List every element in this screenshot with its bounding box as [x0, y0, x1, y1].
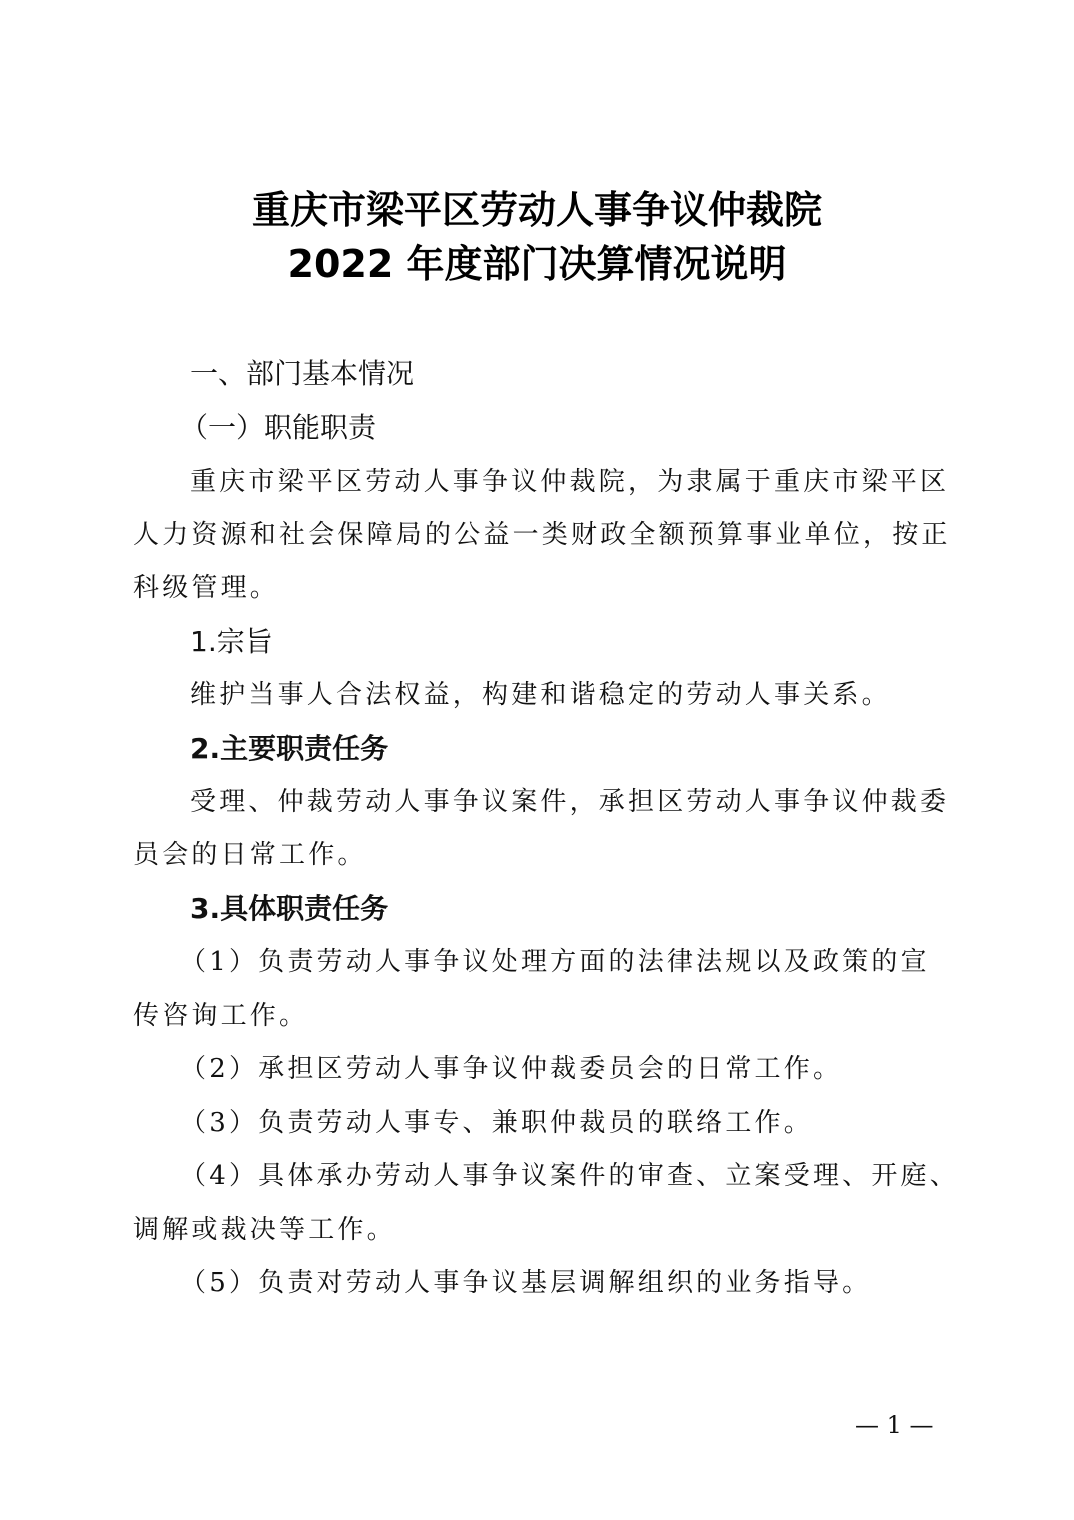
item-text-main-duties-line2: 员会的日常工作。: [133, 837, 943, 873]
duty-item-1-line1: （1）负责劳动人事争议处理方面的法律法规以及政策的宣: [180, 944, 990, 980]
document-title-line1: 重庆市梁平区劳动人事争议仲裁院: [0, 188, 1074, 232]
duty-item-5: （5）负责对劳动人事争议基层调解组织的业务指导。: [180, 1265, 990, 1301]
page-number: — 1 —: [855, 1410, 950, 1440]
item-heading-specific-duties: 3.具体职责任务: [190, 891, 1000, 927]
duty-item-1-line2: 传咨询工作。: [133, 998, 943, 1034]
duty-item-4-line2: 调解或裁决等工作。: [133, 1212, 943, 1248]
duty-item-4-line1: （4）具体承办劳动人事争议案件的审查、立案受理、开庭、: [180, 1158, 990, 1194]
intro-paragraph-line3: 科级管理。: [133, 570, 943, 606]
duty-item-3: （3）负责劳动人事专、兼职仲裁员的联络工作。: [180, 1105, 990, 1141]
document-page: 重庆市梁平区劳动人事争议仲裁院 2022 年度部门决算情况说明 一、部门基本情况…: [0, 0, 1074, 1520]
item-heading-purpose: 1.宗旨: [190, 624, 1000, 660]
subsection-heading-functions: （一）职能职责: [180, 410, 990, 446]
duty-item-2: （2）承担区劳动人事争议仲裁委员会的日常工作。: [180, 1051, 990, 1087]
intro-paragraph-line1: 重庆市梁平区劳动人事争议仲裁院，为隶属于重庆市梁平区: [190, 464, 1000, 500]
item-heading-main-duties: 2.主要职责任务: [190, 731, 1000, 767]
item-text-purpose: 维护当事人合法权益，构建和谐稳定的劳动人事关系。: [190, 677, 1000, 713]
document-title-line2: 2022 年度部门决算情况说明: [0, 242, 1074, 286]
item-text-main-duties-line1: 受理、仲裁劳动人事争议案件，承担区劳动人事争议仲裁委: [190, 784, 1000, 820]
section-heading-basic-info: 一、部门基本情况: [190, 356, 1000, 392]
intro-paragraph-line2: 人力资源和社会保障局的公益一类财政全额预算事业单位，按正: [133, 517, 943, 553]
